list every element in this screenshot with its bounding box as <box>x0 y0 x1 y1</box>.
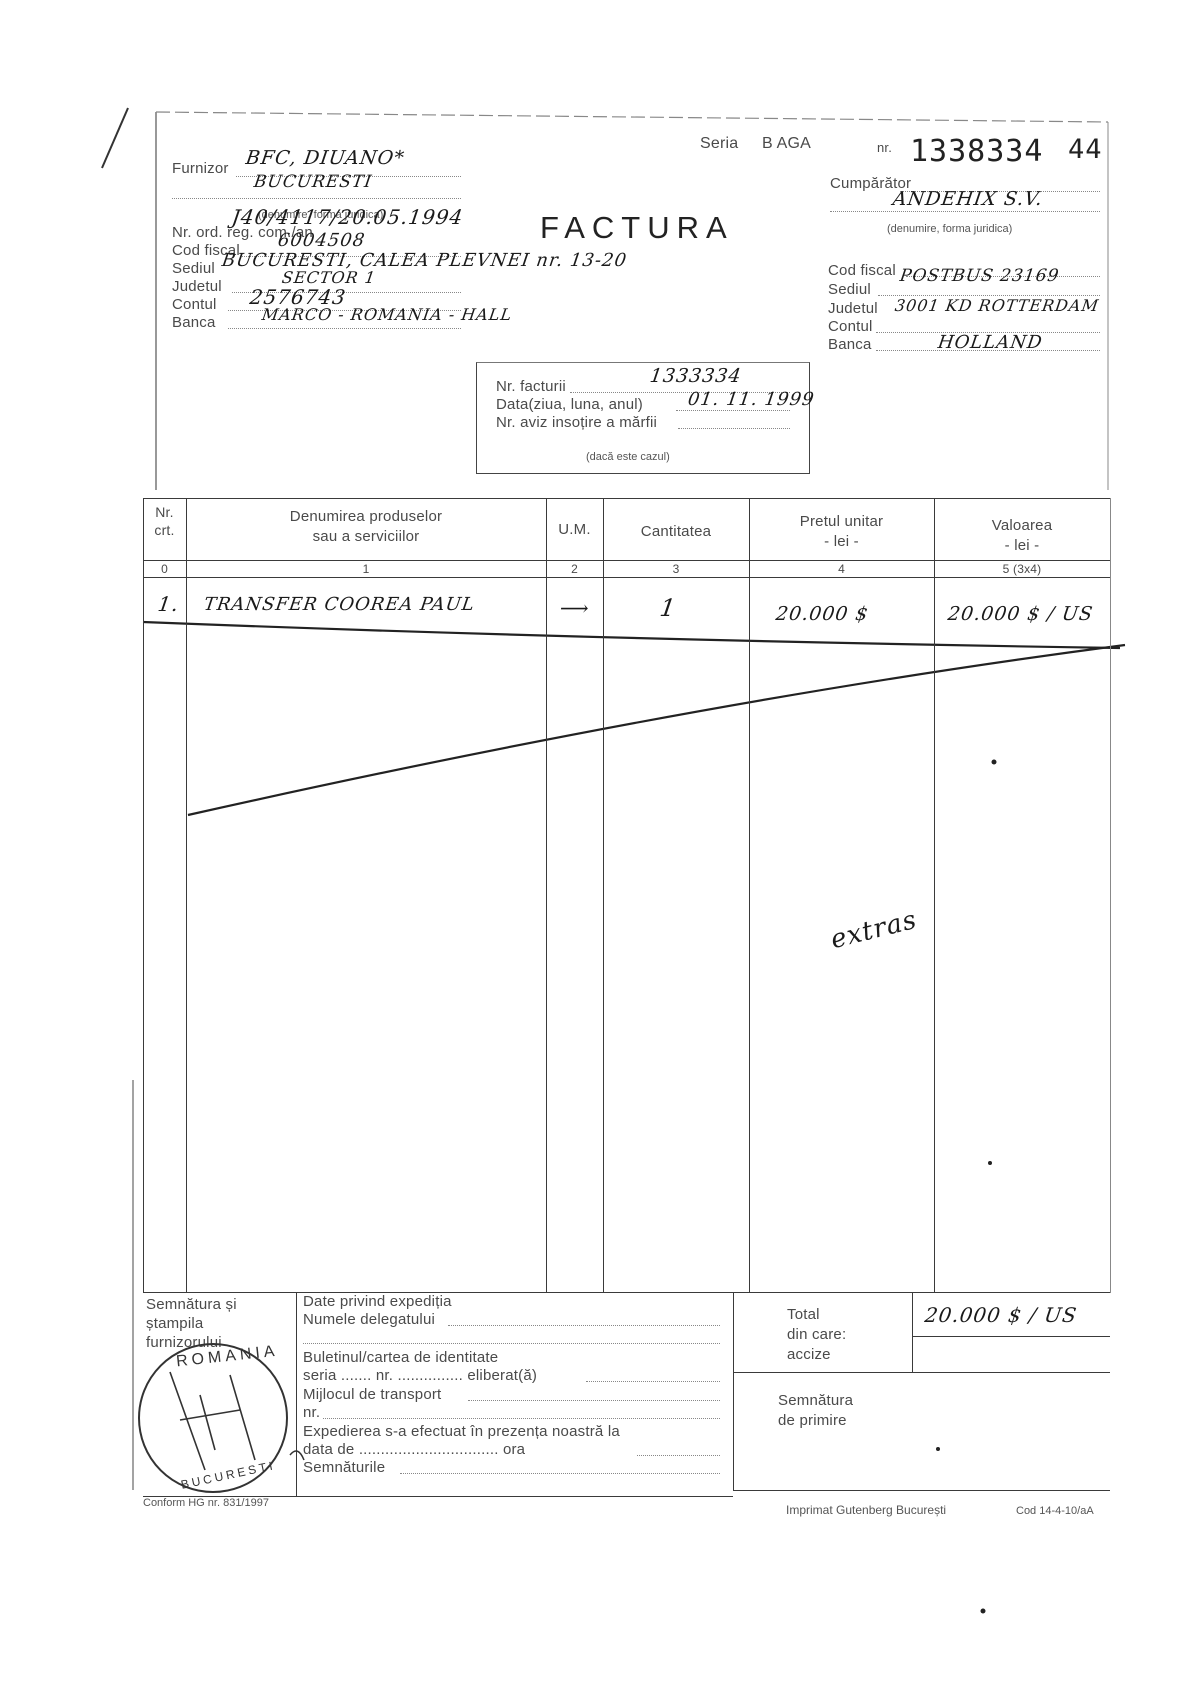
invoice-number-suffix: 44 <box>1068 134 1103 165</box>
invoice-number: 1338334 <box>910 134 1043 169</box>
row-valoare: 20.000 $ / US <box>946 603 1094 625</box>
col-border-5 <box>934 498 935 1293</box>
number-label: nr. <box>877 140 892 155</box>
exp-ora-field[interactable] <box>637 1455 720 1456</box>
buyer-judetul-value: 3001 KD ROTTERDAM <box>894 296 1101 315</box>
exp-mijloc-field[interactable] <box>468 1400 720 1401</box>
row-pret: 20.000 $ <box>774 603 870 625</box>
footer-bottom-right <box>733 1490 1110 1491</box>
header-val-line1: Valoarea <box>934 516 1110 536</box>
document-title: FACTURA <box>540 210 734 246</box>
exp-semnaturi-label: Semnăturile <box>303 1459 385 1476</box>
table-index-divider <box>143 577 1110 578</box>
stamp-label: Semnătura și ștampila furnizorului <box>146 1295 237 1352</box>
supplier-banca-value: MARCO - ROMANIA - HALL <box>261 305 514 324</box>
nr-facturii-label: Nr. facturii <box>496 378 566 395</box>
buyer-contul-label: Contul <box>828 318 873 335</box>
stamp-label-line2: ștampila <box>146 1314 237 1333</box>
exp-nr-label: nr. <box>303 1404 320 1421</box>
header-val-line2: - lei - <box>934 536 1110 556</box>
supplier-banca-label: Banca <box>172 314 216 331</box>
data-label: Data(ziua, luna, anul) <box>496 396 643 413</box>
furnizor-value-2: BUCURESTI <box>253 172 374 192</box>
footer-divider-total-value <box>912 1292 913 1372</box>
table-top-border <box>143 498 1110 499</box>
exp-buletin-label: Buletinul/cartea de identitate <box>303 1349 498 1366</box>
header-valoare: Valoarea - lei - <box>934 516 1110 556</box>
total-value-divider <box>912 1336 1110 1337</box>
conform-note: Conform HG nr. 831/1997 <box>143 1497 269 1509</box>
furnizor-value: BFC, DIUANO* <box>244 147 406 169</box>
total-label-line2: din care: <box>787 1325 846 1345</box>
banca-dotline <box>228 328 461 329</box>
col-border-3 <box>603 498 604 1293</box>
index-4: 4 <box>749 562 934 576</box>
col-border-1 <box>186 498 187 1293</box>
series-label: Seria <box>700 135 738 153</box>
buyer-sediul-label: Sediul <box>828 281 871 298</box>
cumparator-value: ANDEHIX S.V. <box>891 188 1044 210</box>
row-nr: 1. <box>156 592 180 616</box>
col-border-0 <box>143 498 144 1293</box>
aviz-note: (dacă este cazul) <box>586 451 670 463</box>
buyer-judetul-label: Judetul <box>828 300 878 317</box>
buyer-sediul-value: POSTBUS 23169 <box>899 266 1061 286</box>
cumparator-dotline-2 <box>830 211 1100 212</box>
semnatura-primire-line2: de primire <box>778 1411 853 1431</box>
nr-facturii-value: 1333334 <box>648 365 743 387</box>
semnatura-primire-line1: Semnătura <box>778 1391 853 1411</box>
total-value: 20.000 $ / US <box>923 1303 1078 1327</box>
aviz-dotline <box>678 428 790 429</box>
index-0: 0 <box>143 562 186 576</box>
col-border-4 <box>749 498 750 1293</box>
furnizor-dotline-2 <box>172 198 461 199</box>
supplier-cod-fiscal-value: 6004508 <box>277 230 367 251</box>
aviz-label: Nr. aviz insoțire a mărfii <box>496 414 657 431</box>
supplier-contul-label: Contul <box>172 296 217 313</box>
exp-mijloc-label: Mijlocul de transport <box>303 1386 441 1403</box>
supplier-sediul-value: BUCURESTI, CALEA PLEVNEI nr. 13-20 <box>221 250 629 271</box>
exp-semnaturi-field[interactable] <box>400 1473 720 1474</box>
furnizor-label: Furnizor <box>172 160 229 177</box>
header-pret-line1: Pretul unitar <box>749 512 934 532</box>
row-um: ⟶ <box>558 596 591 620</box>
index-5: 5 (3x4) <box>934 562 1110 576</box>
header-cantitate: Cantitatea <box>603 523 749 540</box>
data-dotline <box>676 410 790 411</box>
buyer-banca-label: Banca <box>828 336 872 353</box>
buyer-banca-value: HOLLAND <box>937 332 1044 353</box>
series-value: B AGA <box>762 135 811 153</box>
supplier-sediul-label: Sediul <box>172 260 215 277</box>
header-nr-line2: crt. <box>143 521 186 539</box>
header-pret: Pretul unitar - lei - <box>749 512 934 552</box>
total-label-line3: accize <box>787 1345 846 1365</box>
supplier-judetul-label: Judetul <box>172 278 222 295</box>
exp-nr-field[interactable] <box>323 1418 720 1419</box>
exp-data-label: data de ................................… <box>303 1441 525 1458</box>
buyer-cod-fiscal-label: Cod fiscal <box>828 262 896 279</box>
footer-divider-stamp <box>296 1292 297 1496</box>
footer-divider-total <box>733 1292 734 1490</box>
semnatura-primire: Semnătura de primire <box>778 1391 853 1431</box>
header-denumire: Denumirea produselor sau a serviciilor <box>186 507 546 547</box>
imprimat-note: Imprimat Gutenberg București <box>786 1503 946 1517</box>
exp-title: Date privind expediția <box>303 1293 452 1310</box>
total-bottom-border <box>733 1372 1110 1373</box>
exp-delegat-field[interactable] <box>448 1325 720 1326</box>
cod-note: Cod 14-4-10/aA <box>1016 1505 1094 1517</box>
index-2: 2 <box>546 562 603 576</box>
table-bottom-border <box>143 1292 1110 1293</box>
header-den-line1: Denumirea produselor <box>186 507 546 527</box>
total-label: Total din care: accize <box>787 1305 846 1365</box>
header-um: U.M. <box>546 521 603 538</box>
exp-delegat-label: Numele delegatului <box>303 1311 435 1328</box>
index-3: 3 <box>603 562 749 576</box>
exp-seria-label: seria ....... nr. ............... eliber… <box>303 1367 537 1384</box>
exp-delegat-field-2[interactable] <box>303 1343 720 1344</box>
header-nr-line1: Nr. <box>143 503 186 521</box>
col-border-6 <box>1110 498 1111 1293</box>
total-label-line1: Total <box>787 1305 846 1325</box>
header-nr-crt: Nr. crt. <box>143 503 186 539</box>
row-denumire: TRANSFER COOREA PAUL <box>203 594 477 615</box>
header-pret-line2: - lei - <box>749 532 934 552</box>
stamp-label-line1: Semnătura și <box>146 1295 237 1314</box>
exp-efectuat-label: Expedierea s-a efectuat în prezența noas… <box>303 1423 620 1440</box>
reg-com-value: J40/4117/20.05.1994 <box>230 205 465 229</box>
col-border-2 <box>546 498 547 1293</box>
index-1: 1 <box>186 562 546 576</box>
header-den-line2: sau a serviciilor <box>186 527 546 547</box>
buyer-sublabel: (denumire, forma juridica) <box>887 223 1012 235</box>
exp-eliberat-field[interactable] <box>586 1381 720 1382</box>
data-value: 01. 11. 1999 <box>687 389 816 410</box>
